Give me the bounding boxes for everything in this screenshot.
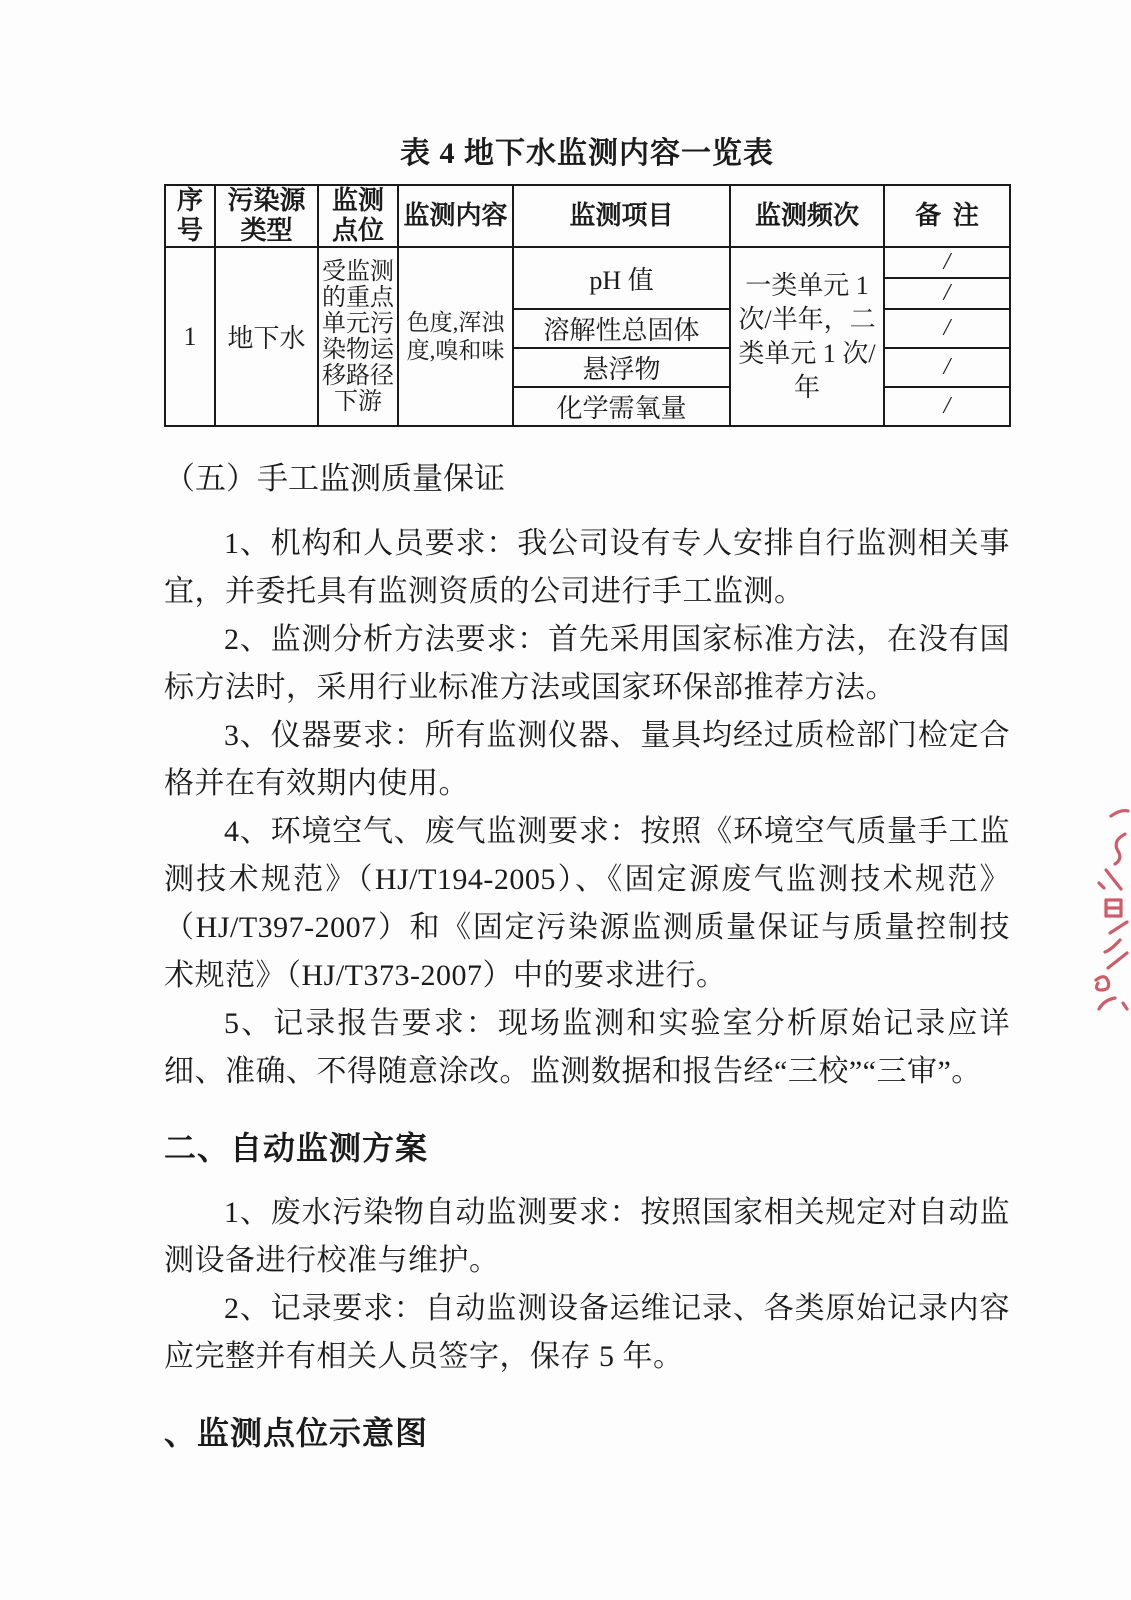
paragraph-record-report-requirement: 5、记录报告要求：现场监测和实验室分析原始记录应详细、准确、不得随意涂改。监测数… <box>164 1000 1010 1096</box>
cell-item-cod: 化学需氧量 <box>513 387 730 426</box>
section-heading-auto-monitoring-plan: 二、自动监测方案 <box>164 1126 1010 1170</box>
document-page: 表 4 地下水监测内容一览表 序号 污染源类型 监测点位 监测内容 监测项目 监… <box>0 0 1131 1600</box>
paragraph-staff-requirement: 1、机构和人员要求：我公司设有专人安排自行监测相关事宜，并委托具有监测资质的公司… <box>164 520 1010 616</box>
cell-remark: / <box>884 348 1010 387</box>
table-title: 表 4 地下水监测内容一览表 <box>164 134 1010 174</box>
cell-remark: / <box>884 278 1010 309</box>
auto-monitoring-paragraphs: 1、废水污染物自动监测要求：按照国家相关规定对自动监测设备进行校准与维护。 2、… <box>164 1189 1010 1381</box>
section-heading-monitoring-point-diagram: 、监测点位示意图 <box>164 1411 1010 1455</box>
cell-remark: / <box>884 309 1010 348</box>
manual-quality-paragraphs: 1、机构和人员要求：我公司设有专人安排自行监测相关事宜，并委托具有监测资质的公司… <box>164 520 1010 1096</box>
paragraph-instrument-requirement: 3、仪器要求：所有监测仪器、量具均经过质检部门检定合格并在有效期内使用。 <box>164 712 1010 808</box>
cell-source-type: 地下水 <box>215 247 318 426</box>
table-header-row: 序号 污染源类型 监测点位 监测内容 监测项目 监测频次 备注 <box>165 185 1010 247</box>
cell-item-suspended-solids: 悬浮物 <box>513 348 730 387</box>
column-header-seq: 序号 <box>165 185 215 247</box>
red-ink-mark <box>1075 800 1131 1015</box>
table-row: 1 地下水 受监测的重点单元污染物运移路径下游 色度,浑浊度,嗅和味 pH 值 … <box>165 247 1010 278</box>
cell-item-ph: pH 值 <box>513 247 730 309</box>
column-header-point: 监测点位 <box>318 185 398 247</box>
cell-seq: 1 <box>165 247 215 426</box>
section-heading-manual-quality: （五）手工监测质量保证 <box>164 457 1010 501</box>
column-header-items: 监测项目 <box>513 185 730 247</box>
groundwater-monitoring-table: 序号 污染源类型 监测点位 监测内容 监测项目 监测频次 备注 1 地下水 受监… <box>164 184 1011 427</box>
paragraph-method-requirement: 2、监测分析方法要求：首先采用国家标准方法，在没有国标方法时，采用行业标准方法或… <box>164 616 1010 712</box>
paragraph-auto-record-requirement: 2、记录要求：自动监测设备运维记录、各类原始记录内容应完整并有相关人员签字，保存… <box>164 1285 1010 1381</box>
column-header-content: 监测内容 <box>398 185 513 247</box>
cell-remark: / <box>884 387 1010 426</box>
cell-remark: / <box>884 247 1010 278</box>
cell-monitoring-point: 受监测的重点单元污染物运移路径下游 <box>318 247 398 426</box>
content-column: 表 4 地下水监测内容一览表 序号 污染源类型 监测点位 监测内容 监测项目 监… <box>164 0 1010 1455</box>
column-header-source-type: 污染源类型 <box>215 185 318 247</box>
cell-item-dissolved-solids: 溶解性总固体 <box>513 309 730 348</box>
cell-monitoring-content: 色度,浑浊度,嗅和味 <box>398 247 513 426</box>
cell-monitoring-frequency: 一类单元 1 次/半年，二类单元 1 次/年 <box>730 247 884 426</box>
column-header-frequency: 监测频次 <box>730 185 884 247</box>
paragraph-wastewater-auto-monitoring: 1、废水污染物自动监测要求：按照国家相关规定对自动监测设备进行校准与维护。 <box>164 1189 1010 1285</box>
paragraph-air-monitoring-requirement: 4、环境空气、废气监测要求：按照《环境空气质量手工监测技术规范》（HJ/T194… <box>164 808 1010 1000</box>
column-header-remark: 备注 <box>884 185 1010 247</box>
